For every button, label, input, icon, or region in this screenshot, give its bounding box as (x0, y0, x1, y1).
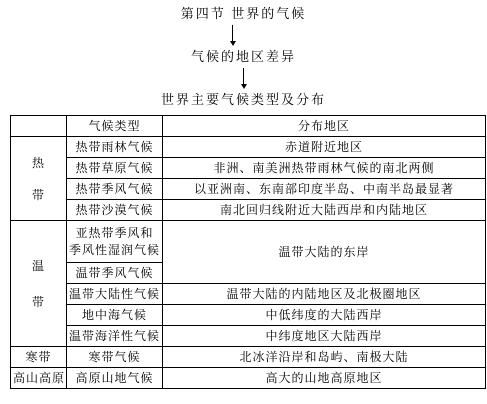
cell-climate-type: 温带海洋性气候 (67, 326, 163, 347)
section-title: 第四节 世界的气候 (0, 6, 487, 21)
table-row: 温带海洋性气候 中纬度地区大陆西岸 (11, 326, 486, 347)
table-row: 寒带 寒带气候 北冰洋沿岸和岛屿、南极大陆 (11, 347, 486, 368)
table-row: 高山高原 高原山地气候 高大的山地高原地区 (11, 368, 486, 389)
header-climate-type: 气候类型 (67, 116, 163, 137)
group-label-temperate: 温 带 (11, 221, 67, 347)
cell-climate-type: 温带大陆性气候 (67, 284, 163, 305)
cell-distribution: 温带大陆的内陆地区及北极圈地区 (163, 284, 486, 305)
climate-table: 气候类型 分布地区 热 带 热带雨林气候 赤道附近地区 热带草原气候 非洲、南美… (10, 115, 486, 389)
cell-distribution: 南北回归线附近大陆西岸和内陆地区 (163, 200, 486, 221)
flow-step-region-difference: 气候的地区差异 (0, 49, 487, 64)
cell-distribution: 中纬度地区大陆西岸 (163, 326, 486, 347)
cell-climate-type: 热带沙漠气候 (67, 200, 163, 221)
cell-climate-type: 热带雨林气候 (67, 137, 163, 158)
flow-chart: 第四节 世界的气候 气候的地区差异 世界主要气候类型及分布 (0, 0, 487, 107)
down-arrow-icon (228, 25, 238, 46)
table-header-row: 气候类型 分布地区 (11, 116, 486, 137)
page: 第四节 世界的气候 气候的地区差异 世界主要气候类型及分布 气候类型 分布地区 (0, 0, 487, 404)
table-row: 热 带 热带雨林气候 赤道附近地区 (11, 137, 486, 158)
table-row: 地中海气候 中低纬度的大陆西岸 (11, 305, 486, 326)
down-arrow-icon (239, 68, 249, 89)
group-label-polar: 寒带 (11, 347, 67, 368)
cell-distribution: 高大的山地高原地区 (163, 368, 486, 389)
cell-climate-type: 地中海气候 (67, 305, 163, 326)
cell-distribution: 北冰洋沿岸和岛屿、南极大陆 (163, 347, 486, 368)
cell-distribution: 温带大陆的东岸 (163, 221, 486, 284)
cell-climate-type: 亚热带季风和 季风性湿润气候 (67, 221, 163, 263)
cell-climate-type: 寒带气候 (67, 347, 163, 368)
cell-climate-type: 热带草原气候 (67, 158, 163, 179)
cell-climate-type: 高原山地气候 (67, 368, 163, 389)
group-label-tropical: 热 带 (11, 137, 67, 221)
group-label-highland: 高山高原 (11, 368, 67, 389)
table-row: 热带草原气候 非洲、南美洲热带雨林气候的南北两侧 (11, 158, 486, 179)
cell-climate-type: 热带季风气候 (67, 179, 163, 200)
table-row: 温 带 亚热带季风和 季风性湿润气候 温带大陆的东岸 (11, 221, 486, 263)
corner-cell (11, 116, 67, 137)
table-row: 热带季风气候 以亚洲南、东南部印度半岛、中南半岛最显著 (11, 179, 486, 200)
cell-distribution: 非洲、南美洲热带雨林气候的南北两侧 (163, 158, 486, 179)
table-row: 热带沙漠气候 南北回归线附近大陆西岸和内陆地区 (11, 200, 486, 221)
table-row: 温带大陆性气候 温带大陆的内陆地区及北极圈地区 (11, 284, 486, 305)
flow-step-climate-types: 世界主要气候类型及分布 (0, 92, 487, 107)
cell-climate-type: 温带季风气候 (67, 263, 163, 284)
cell-distribution: 赤道附近地区 (163, 137, 486, 158)
header-distribution: 分布地区 (163, 116, 486, 137)
cell-distribution: 以亚洲南、东南部印度半岛、中南半岛最显著 (163, 179, 486, 200)
cell-distribution: 中低纬度的大陆西岸 (163, 305, 486, 326)
